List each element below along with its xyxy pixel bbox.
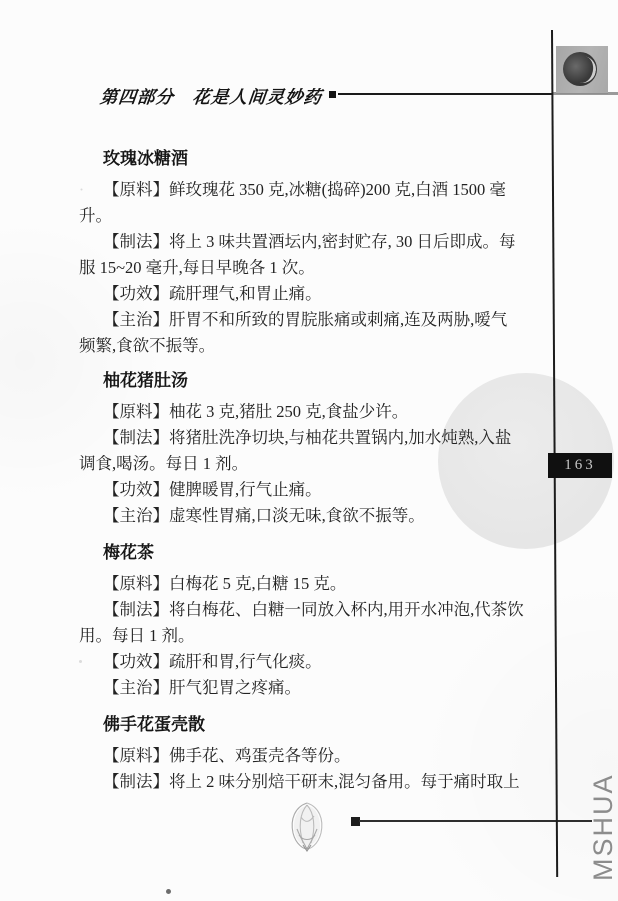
text-line: 【功效】疏肝理气,和胃止痛。 — [79, 281, 535, 307]
paragraph: 【功效】健脾暖胃,行气止痛。 — [79, 477, 535, 503]
paragraph: 【制法】将上 3 味共置酒坛内,密封贮存, 30 日后即成。每服 15~20 毫… — [79, 229, 535, 281]
text-line: 【主治】肝胃不和所致的胃脘胀痛或刺痛,连及两胁,嗳气 — [79, 307, 535, 333]
page-number: 163 — [564, 457, 596, 473]
paragraph: 【原料】鲜玫瑰花 350 克,冰糖(捣碎)200 克,白酒 1500 毫升。 — [79, 177, 535, 229]
text-line: 【原料】柚花 3 克,猪肚 250 克,食盐少许。 — [79, 399, 535, 425]
paragraph: 【原料】白梅花 5 克,白糖 15 克。 — [79, 571, 535, 597]
recipe-title: 梅花茶 — [79, 540, 535, 566]
paragraph: 【制法】将白梅花、白糖一同放入杯内,用开水冲泡,代茶饮用。每日 1 剂。 — [79, 597, 535, 649]
paragraph: 【原料】柚花 3 克,猪肚 250 克,食盐少许。 — [79, 399, 535, 425]
scanned-book-page: 第四部分 花是人间灵妙药 163 玫瑰冰糖酒【原料】鲜玫瑰花 350 克,冰糖(… — [0, 0, 618, 901]
recipe-section: 梅花茶【原料】白梅花 5 克,白糖 15 克。【制法】将白梅花、白糖一同放入杯内… — [79, 540, 535, 701]
text-line: 【原料】鲜玫瑰花 350 克,冰糖(捣碎)200 克,白酒 1500 毫 — [79, 177, 535, 203]
text-line: 【制法】将猪肚洗净切块,与柚花共置锅内,加水炖熟,入盐 — [79, 425, 535, 451]
text-line: 【制法】将上 3 味共置酒坛内,密封贮存, 30 日后即成。每 — [79, 229, 535, 255]
recipe-title: 玫瑰冰糖酒 — [79, 146, 535, 172]
text-line: 服 15~20 毫升,每日早晚各 1 次。 — [79, 255, 535, 281]
content: 玫瑰冰糖酒【原料】鲜玫瑰花 350 克,冰糖(捣碎)200 克,白酒 1500 … — [0, 0, 618, 901]
text-line: 调食,喝汤。每日 1 剂。 — [79, 451, 535, 477]
paragraph: 【主治】肝气犯胃之疼痛。 — [79, 675, 535, 701]
text-line: 用。每日 1 剂。 — [79, 623, 535, 649]
page-number-badge: 163 — [548, 453, 612, 478]
recipe-section: 佛手花蛋壳散【原料】佛手花、鸡蛋壳各等份。【制法】将上 2 味分别焙干研末,混匀… — [79, 712, 535, 795]
paragraph: 【制法】将上 2 味分别焙干研末,混匀备用。每于痛时取上 — [79, 769, 535, 795]
paragraph: 【原料】佛手花、鸡蛋壳各等份。 — [79, 743, 535, 769]
paragraph: 【功效】疏肝理气,和胃止痛。 — [79, 281, 535, 307]
paragraph: 【功效】疏肝和胃,行气化痰。 — [79, 649, 535, 675]
text-line: 【原料】白梅花 5 克,白糖 15 克。 — [79, 571, 535, 597]
text-line: 【功效】疏肝和胃,行气化痰。 — [79, 649, 535, 675]
recipe-section: 柚花猪肚汤【原料】柚花 3 克,猪肚 250 克,食盐少许。【制法】将猪肚洗净切… — [79, 368, 535, 529]
flower-icon — [283, 799, 331, 858]
watermark-text: MSHUA — [588, 773, 618, 881]
text-line: 频繁,食欲不振等。 — [79, 333, 535, 359]
paragraph: 【主治】虚寒性胃痛,口淡无味,食欲不振等。 — [79, 503, 535, 529]
text-line: 【功效】健脾暖胃,行气止痛。 — [79, 477, 535, 503]
ink-speck — [166, 889, 171, 894]
recipe-section: 玫瑰冰糖酒【原料】鲜玫瑰花 350 克,冰糖(捣碎)200 克,白酒 1500 … — [79, 146, 535, 359]
text-line: 【制法】将上 2 味分别焙干研末,混匀备用。每于痛时取上 — [79, 769, 535, 795]
recipe-title: 柚花猪肚汤 — [79, 368, 535, 394]
recipe-title: 佛手花蛋壳散 — [79, 712, 535, 738]
sphere-icon — [556, 46, 608, 93]
text-line: 【主治】虚寒性胃痛,口淡无味,食欲不振等。 — [79, 503, 535, 529]
sphere-glyph — [563, 52, 597, 86]
paragraph: 【制法】将猪肚洗净切块,与柚花共置锅内,加水炖熟,入盐调食,喝汤。每日 1 剂。 — [79, 425, 535, 477]
text-line: 升。 — [79, 203, 535, 229]
text-line: 【制法】将白梅花、白糖一同放入杯内,用开水冲泡,代茶饮 — [79, 597, 535, 623]
text-line: 【主治】肝气犯胃之疼痛。 — [79, 675, 535, 701]
paragraph: 【主治】肝胃不和所致的胃脘胀痛或刺痛,连及两胁,嗳气频繁,食欲不振等。 — [79, 307, 535, 359]
text-line: 【原料】佛手花、鸡蛋壳各等份。 — [79, 743, 535, 769]
